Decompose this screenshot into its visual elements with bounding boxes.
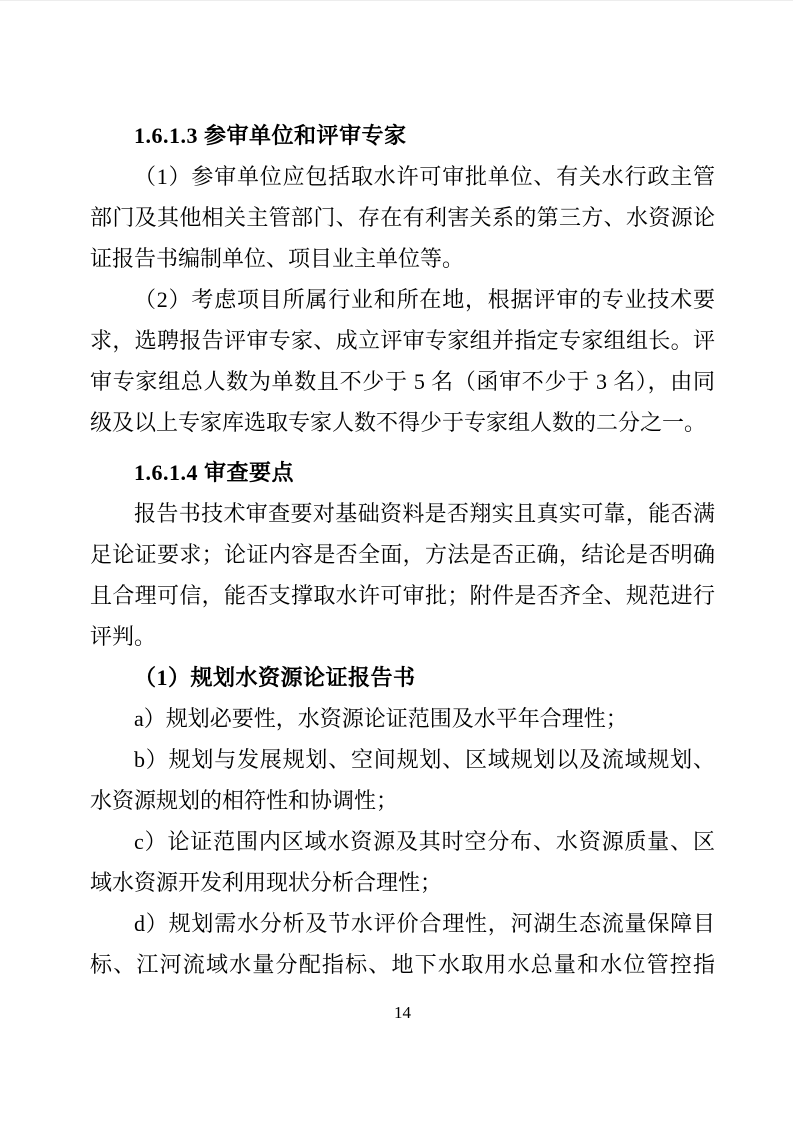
- document-content: 1.6.1.3 参审单位和评审专家（1）参审单位应包括取水许可审批单位、有关水行…: [90, 115, 715, 985]
- list-item-b: b）规划与发展规划、空间规划、区域规划以及流域规划、水资源规划的相符性和协调性；: [90, 739, 715, 821]
- text-line: 足论证要求；论证内容是否全面，方法是否正确，结论是否明确: [90, 534, 715, 575]
- text-line: 部门及其他相关主管部门、存在有利害关系的第三方、水资源论: [90, 197, 715, 238]
- text-line: 且合理可信，能否支撑取水许可审批；附件是否齐全、规范进行: [90, 575, 715, 616]
- section-heading-1614: 1.6.1.4 审查要点: [90, 452, 715, 493]
- document-page: 1.6.1.3 参审单位和评审专家（1）参审单位应包括取水许可审批单位、有关水行…: [0, 0, 793, 1123]
- text-line: 标、江河流域水量分配指标、地下水取用水总量和水位管控指: [90, 944, 715, 985]
- text-line: d）规划需水分析及节水评价合理性，河湖生态流量保障目: [90, 903, 715, 944]
- paragraph-review-points: 报告书技术审查要对基础资料是否翔实且真实可靠，能否满足论证要求；论证内容是否全面…: [90, 493, 715, 657]
- section-heading-1613: 1.6.1.3 参审单位和评审专家: [90, 115, 715, 156]
- list-item-d: d）规划需水分析及节水评价合理性，河湖生态流量保障目标、江河流域水量分配指标、地…: [90, 903, 715, 985]
- text-line: 水资源规划的相符性和协调性；: [90, 780, 715, 821]
- text-line: 证报告书编制单位、项目业主单位等。: [90, 238, 715, 279]
- text-line: （2）考虑项目所属行业和所在地，根据评审的专业技术要: [90, 279, 715, 320]
- paragraph-participating-units: （1）参审单位应包括取水许可审批单位、有关水行政主管部门及其他相关主管部门、存在…: [90, 156, 715, 279]
- list-item-a: a）规划必要性，水资源论证范围及水平年合理性；: [90, 698, 715, 739]
- text-line: （1）规划水资源论证报告书: [90, 657, 715, 698]
- text-line: 域水资源开发利用现状分析合理性；: [90, 862, 715, 903]
- text-line: 求，选聘报告评审专家、成立评审专家组并指定专家组组长。评: [90, 320, 715, 361]
- text-line: b）规划与发展规划、空间规划、区域规划以及流域规划、: [90, 739, 715, 780]
- text-line: 级及以上专家库选取专家人数不得少于专家组人数的二分之一。: [90, 402, 715, 443]
- text-line: a）规划必要性，水资源论证范围及水平年合理性；: [90, 698, 715, 739]
- paragraph-expert-selection: （2）考虑项目所属行业和所在地，根据评审的专业技术要求，选聘报告评审专家、成立评…: [90, 279, 715, 443]
- text-line: （1）参审单位应包括取水许可审批单位、有关水行政主管: [90, 156, 715, 197]
- list-item-c: c）论证范围内区域水资源及其时空分布、水资源质量、区域水资源开发利用现状分析合理…: [90, 821, 715, 903]
- text-line: 评判。: [90, 616, 715, 657]
- text-line: 报告书技术审查要对基础资料是否翔实且真实可靠，能否满: [90, 493, 715, 534]
- text-line: c）论证范围内区域水资源及其时空分布、水资源质量、区: [90, 821, 715, 862]
- text-line: 1.6.1.3 参审单位和评审专家: [90, 115, 715, 156]
- text-line: 审专家组总人数为单数且不少于 5 名（函审不少于 3 名），由同: [90, 361, 715, 402]
- page-number: 14: [90, 1001, 715, 1025]
- text-line: 1.6.1.4 审查要点: [90, 452, 715, 493]
- sub-heading-planning-report: （1）规划水资源论证报告书: [90, 657, 715, 698]
